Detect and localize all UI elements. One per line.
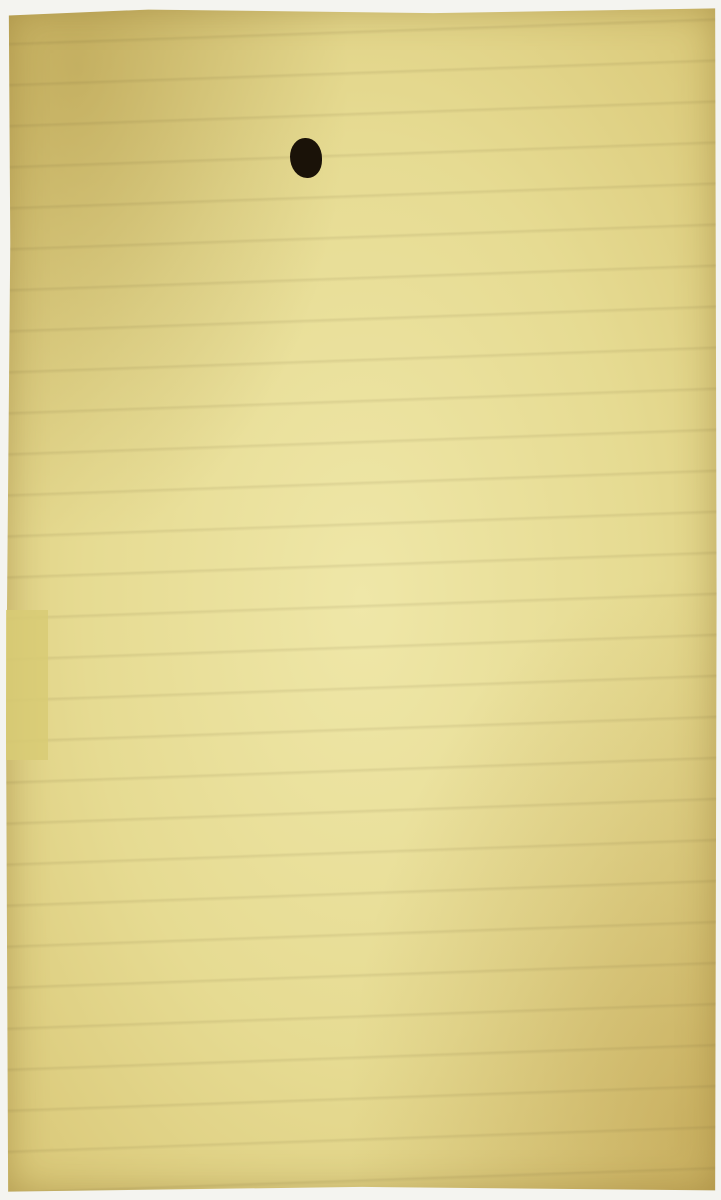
paper-repair-strip	[6, 610, 48, 760]
manuscript-page	[6, 6, 718, 1194]
bleed-through-texture	[6, 6, 718, 1194]
ink-blot	[290, 138, 322, 178]
